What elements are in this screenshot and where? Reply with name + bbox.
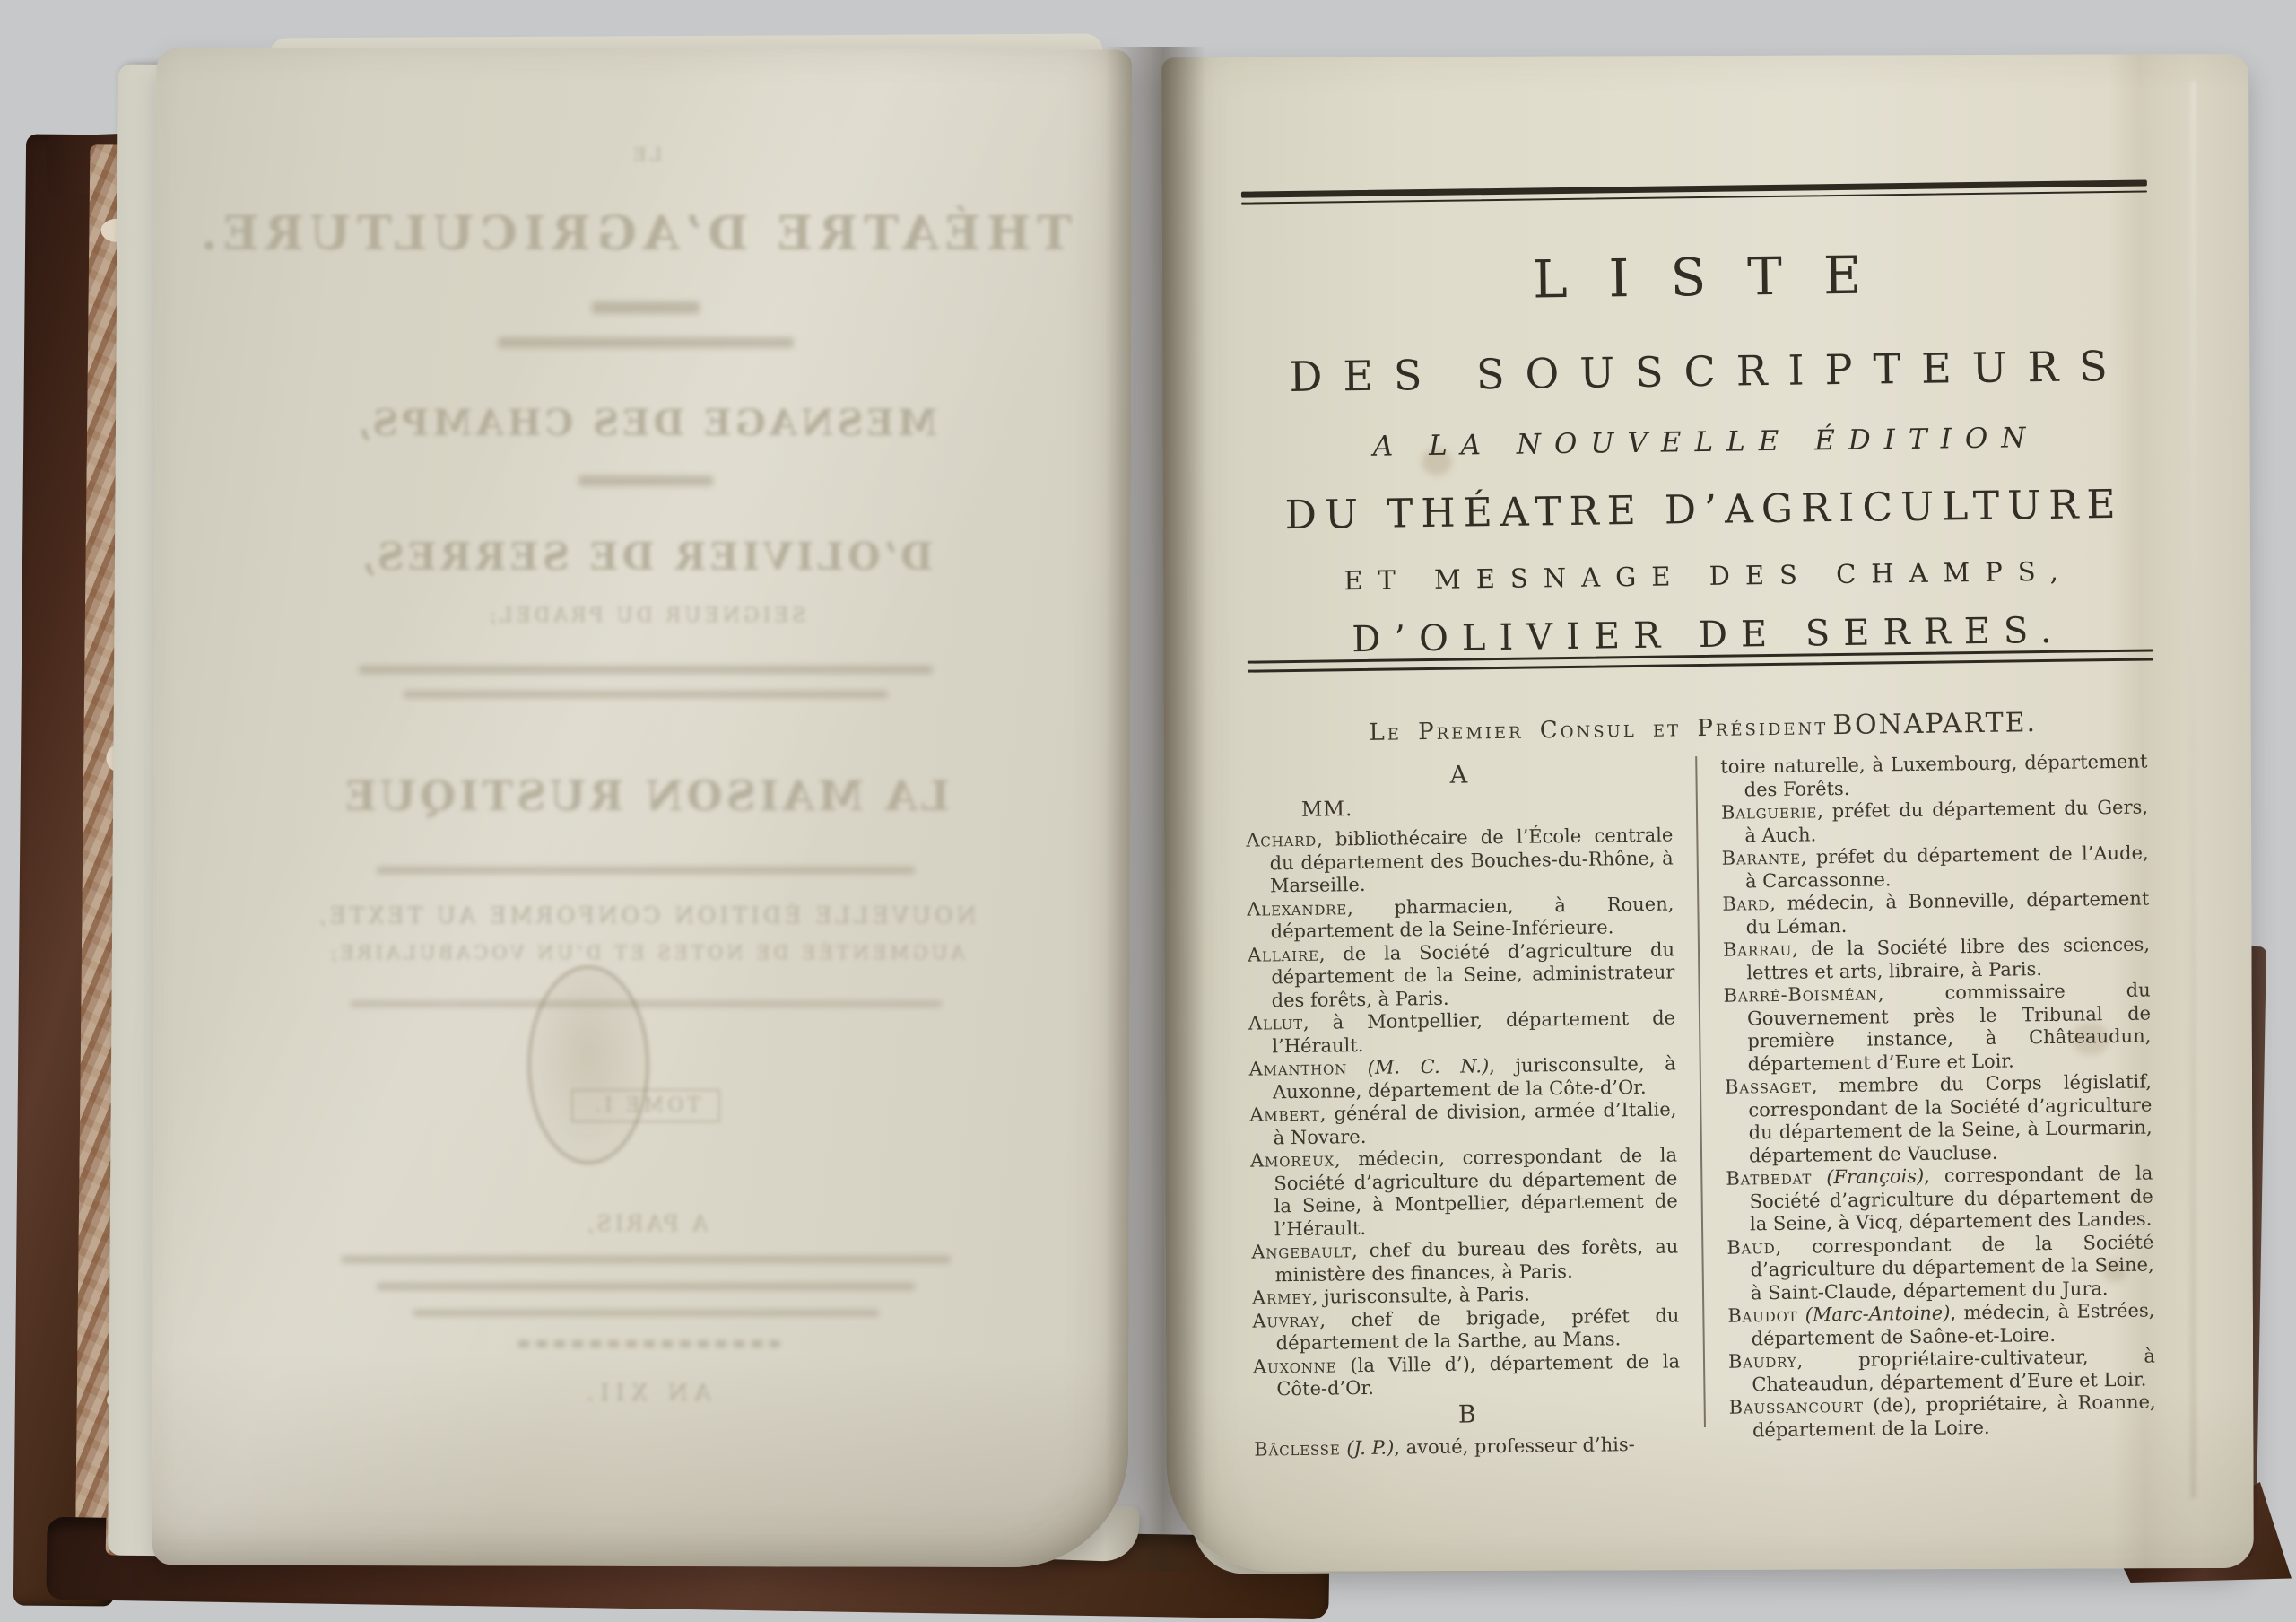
showthrough-bar	[578, 475, 713, 486]
subscriber-name: Angebault	[1251, 1240, 1352, 1262]
subscriber-entry: Barré-Boisméan, commissaire du Gouvernem…	[1724, 980, 2152, 1077]
subscriber-name: Allaire	[1248, 943, 1319, 965]
subscriber-entry: Achard, bibliothécaire de l’École centra…	[1246, 824, 1674, 898]
subscriber-name: Balguerie	[1721, 800, 1817, 823]
subscriber-columns: A MM. Achard, bibliothécaire de l’École …	[1245, 750, 2161, 1433]
subscriber-entry: Amoreux, médecin, correspondant de la So…	[1250, 1144, 1678, 1241]
column-right: toire naturelle, à Luxembourg, départeme…	[1695, 751, 2156, 1428]
subscriber-entry: Barante, préfet du département de l’Aude…	[1722, 842, 2150, 894]
showthrough-bar	[377, 1283, 915, 1290]
showthrough-bar	[404, 691, 888, 698]
showthrough-bar	[341, 1256, 951, 1263]
page-title-line4: DU THÉATRE D’AGRICULTURE	[1238, 481, 2162, 538]
subscriber-name: Amoreux	[1250, 1148, 1335, 1171]
subscriber-name: Amanthon	[1249, 1057, 1348, 1079]
showthrough-title-page: LE THÉATRE D’AGRICULTURE. MESNAGE DES CH…	[220, 106, 1072, 1523]
subscriber-entry: Alexandre, pharmacien, à Rouen, départem…	[1247, 893, 1674, 944]
showthrough-bar	[359, 666, 933, 674]
subscriber-entry: Allut, à Montpellier, département de l’H…	[1248, 1007, 1676, 1058]
showthrough-line: NOUVELLE ÉDITION CONFORME AU TEXTE,	[220, 903, 1072, 929]
subscriber-entry: Bâclesse (J. P.), avoué, professeur d’hi…	[1254, 1433, 1681, 1461]
showthrough-line: D’OLIVIER DE SERRES,	[220, 535, 1072, 579]
subscriber-name: Auxonne	[1253, 1355, 1337, 1377]
subscriber-name: Bard	[1722, 893, 1770, 915]
subscriber-name: Allut	[1248, 1012, 1303, 1034]
subscriber-name: Alexandre	[1247, 897, 1347, 920]
subscriber-entry: Baudot (Marc-Antoine), médecin, à Estrée…	[1727, 1299, 2155, 1350]
subscriber-entry: Baudry, propriétaire-cultivateur, à Chat…	[1728, 1345, 2156, 1396]
subscriber-entry-continuation: toire naturelle, à Luxembourg, départeme…	[1720, 751, 2148, 802]
page-title: LISTE	[1235, 240, 2160, 313]
subscriber-entry: Ambert, général de division, armée d’Ita…	[1249, 1098, 1677, 1149]
page-title-line5: ET MESNAGE DES CHAMPS,	[1239, 554, 2162, 597]
subscriber-entry: Barrau, de la Société libre des sciences…	[1723, 934, 2151, 985]
showthrough-bar	[377, 867, 915, 874]
subscriber-name: Baud	[1726, 1236, 1775, 1259]
showthrough-bar	[592, 301, 700, 314]
subscriber-entry: Amanthon (M. C. N.), jurisconsulte, à Au…	[1249, 1052, 1677, 1103]
subscriber-entry: Balguerie, préfet du département du Gers…	[1721, 797, 2149, 848]
subscriber-name: Barrau	[1723, 938, 1792, 961]
subscriber-entry: Angebault, chef du bureau des forêts, au…	[1251, 1235, 1679, 1286]
subscriber-list-page: LISTE DES SOUSCRIPTEURS A LA NOUVELLE ÉD…	[1232, 61, 2176, 1562]
double-rule-top	[1241, 179, 2147, 204]
subscriber-name: Auvray	[1252, 1309, 1319, 1331]
section-letter: A	[1245, 758, 1672, 791]
gutter-shadow	[1105, 47, 1205, 1572]
page-title-line3: A LA NOUVELLE ÉDITION	[1237, 420, 2161, 464]
subscriber-name: Baussancourt	[1729, 1395, 1865, 1418]
showthrough-line: LE	[220, 144, 1072, 165]
showthrough-line: AUGMENTÉE DE NOTES ET D’UN VOCABULAIRE;	[220, 942, 1072, 964]
dedication-lead: Le Premier Consul et Président	[1369, 713, 1828, 746]
showthrough-rule-squiggle	[511, 1340, 780, 1347]
subscriber-entry: Allaire, de la Société d’agriculture du …	[1248, 938, 1675, 1013]
subscriber-name: Batbedat	[1726, 1166, 1812, 1189]
photo-of-open-book: { "colors": { "background": "#c7c8ca", "…	[0, 0, 2296, 1622]
subscriber-name: Bâclesse	[1254, 1437, 1341, 1460]
subscriber-name: Armey	[1252, 1286, 1312, 1309]
subscriber-name: Baudot	[1727, 1304, 1797, 1327]
subscriber-name: Baudry	[1728, 1350, 1797, 1373]
subscriber-name: Ambert	[1249, 1103, 1320, 1126]
subscriber-name: Barré-Boisméan	[1724, 982, 1879, 1006]
showthrough-bar	[350, 1001, 942, 1007]
subscriber-name: Barante	[1722, 847, 1801, 869]
showthrough-line: SEIGNEUR DU PRADEL;	[220, 605, 1072, 627]
subscriber-entry: Bard, médecin, à Bonneville, département…	[1722, 888, 2150, 939]
showthrough-bar	[413, 1310, 879, 1316]
showthrough-line: A PARIS,	[220, 1211, 1072, 1236]
section-letter: B	[1254, 1398, 1681, 1431]
showthrough-line: LA MAISON RUSTIQUE	[220, 772, 1072, 820]
column-left: A MM. Achard, bibliothécaire de l’École …	[1245, 756, 1681, 1433]
page-title-line2: DES SOUSCRIPTEURS	[1236, 341, 2161, 401]
subscriber-name: Bassaget	[1725, 1075, 1812, 1097]
subscriber-entry: Bassaget, membre du Corps législatif, co…	[1725, 1070, 2152, 1167]
subscriber-entry: Baussancourt (de), propriétaire, à Roann…	[1729, 1391, 2157, 1442]
dedication-name: BONAPARTE.	[1832, 707, 2037, 741]
subscriber-entry: Auvray, chef de brigade, préfet du dépar…	[1252, 1304, 1680, 1356]
embossed-oval-stamp	[527, 965, 649, 1164]
dedication-line: Le Premier Consul et Président BONAPARTE…	[1241, 705, 2165, 748]
subscriber-name: Achard	[1246, 829, 1317, 851]
showthrough-line: AN XII.	[220, 1380, 1072, 1407]
subscriber-entry: Batbedat (François), correspondant de la…	[1726, 1162, 2153, 1236]
subscribers-subheading: MM.	[1301, 793, 1673, 821]
subscriber-entry: Baud, correspondant de la Société d’agri…	[1726, 1231, 2154, 1305]
showthrough-line: THÉATRE D’AGRICULTURE.	[220, 206, 1072, 261]
right-page-crease	[2190, 81, 2196, 1498]
showthrough-line: MESNAGE DES CHAMPS,	[220, 402, 1072, 444]
showthrough-bar	[498, 337, 794, 348]
subscriber-entry: Auxonne (la Ville d’), département de la…	[1253, 1350, 1681, 1401]
